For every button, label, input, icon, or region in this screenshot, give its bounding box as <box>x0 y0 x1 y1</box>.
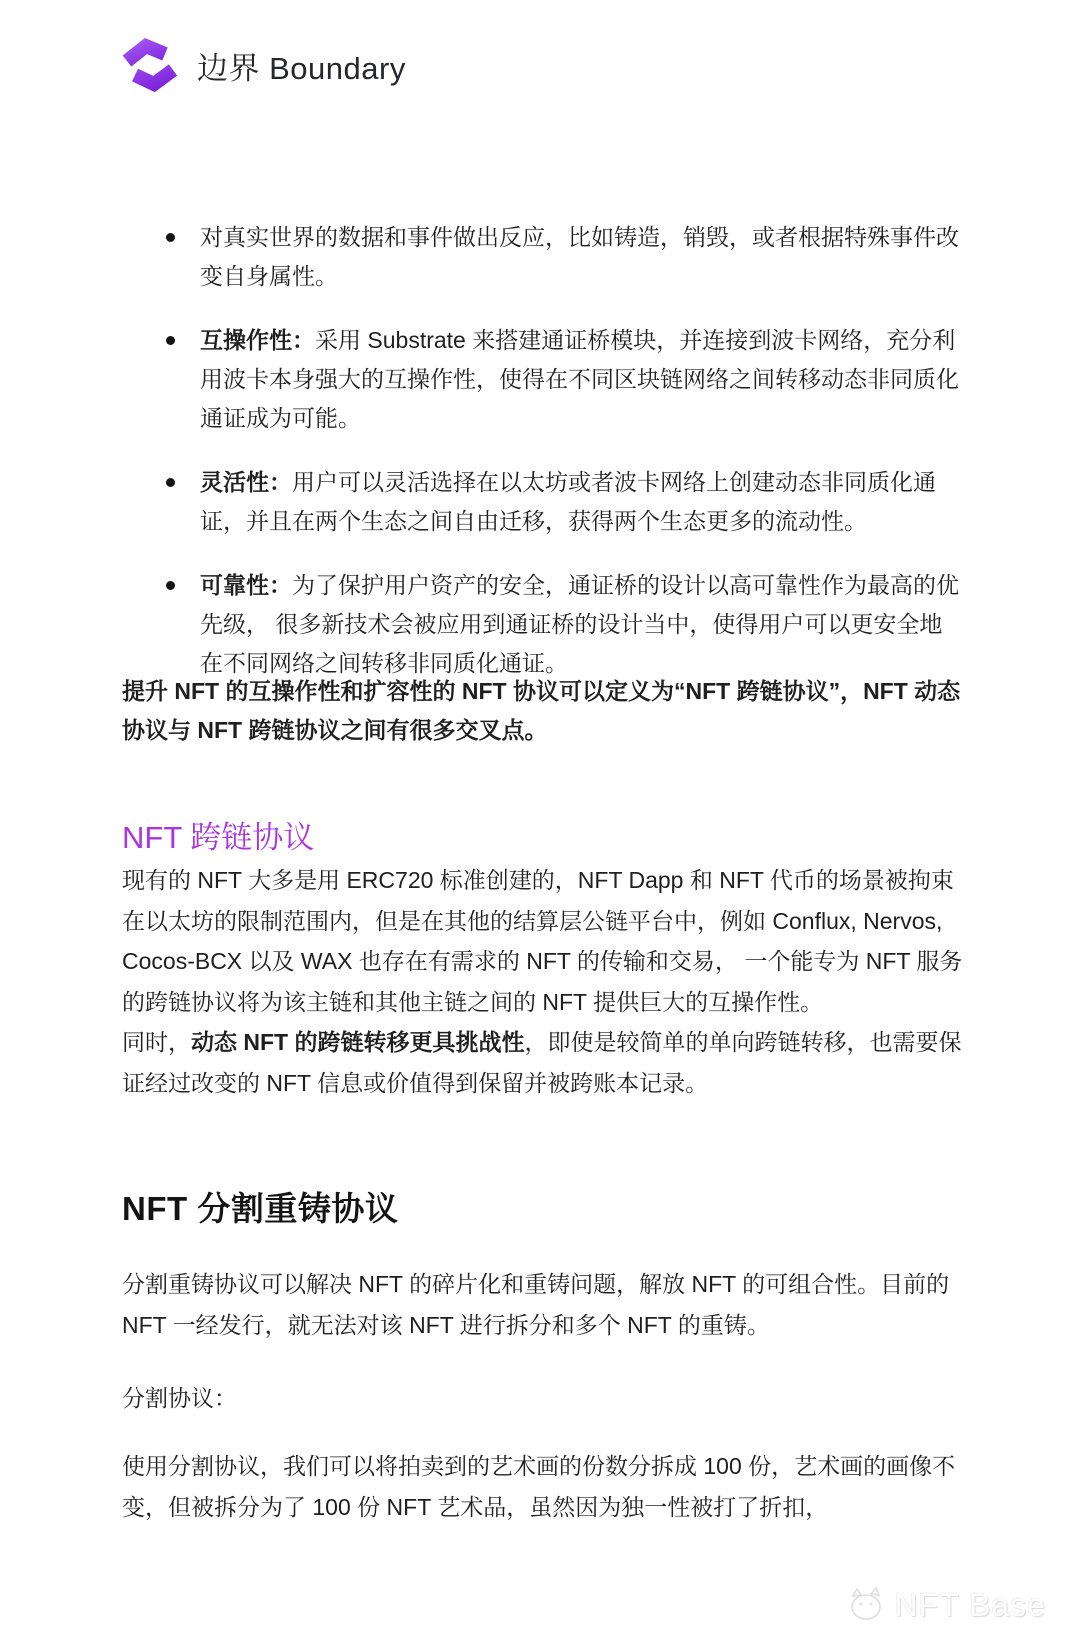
boundary-logo-icon <box>118 34 182 96</box>
bullet-dot-icon <box>166 581 175 590</box>
summary-paragraph: 提升 NFT 的互操作性和扩容性的 NFT 协议可以定义为“NFT 跨链协议”，… <box>122 672 970 750</box>
split-subheading: 分割协议： <box>122 1378 237 1418</box>
bullet-item-react: 对真实世界的数据和事件做出反应，比如铸造，销毁，或者根据特殊事件改变自身属性。 <box>122 218 964 296</box>
bullet-dot-icon <box>166 233 175 242</box>
feature-bullet-list: 对真实世界的数据和事件做出反应，比如铸造，销毁，或者根据特殊事件改变自身属性。 … <box>122 218 964 708</box>
section-title-crosschain: NFT 跨链协议 <box>122 812 314 857</box>
split-paragraph-1: 分割重铸协议可以解决 NFT 的碎片化和重铸问题，解放 NFT 的可组合性。目前… <box>122 1264 972 1346</box>
bullet-item-interoperability: 互操作性：采用 Substrate 来搭建通证桥模块，并连接到波卡网络，充分利用… <box>122 321 964 438</box>
split-paragraph-2: 使用分割协议，我们可以将拍卖到的艺术画的份数分拆成 100 份，艺术画的画像不变… <box>122 1446 972 1528</box>
nft-base-watermark: NFT Base <box>846 1586 1046 1624</box>
bullet-text: 为了保护用户资产的安全，通证桥的设计以高可靠性作为最高的优先级， 很多新技术会被… <box>200 572 959 676</box>
document-page: 边界 Boundary 对真实世界的数据和事件做出反应，比如铸造，销毁，或者根据… <box>0 0 1080 1637</box>
bullet-dot-icon <box>166 478 175 487</box>
crosschain-paragraph-1: 现有的 NFT 大多是用 ERC720 标准创建的，NFT Dapp 和 NFT… <box>122 860 972 1022</box>
bullet-term: 可靠性： <box>200 572 292 598</box>
crosschain-p2-bold: 动态 NFT 的跨链转移更具挑战性 <box>191 1029 525 1055</box>
section-title-split-recast: NFT 分割重铸协议 <box>122 1183 398 1230</box>
bullet-text: 对真实世界的数据和事件做出反应，比如铸造，销毁，或者根据特殊事件改变自身属性。 <box>200 224 959 289</box>
cat-icon <box>846 1586 886 1624</box>
bullet-dot-icon <box>166 336 175 345</box>
crosschain-paragraphs: 现有的 NFT 大多是用 ERC720 标准创建的，NFT Dapp 和 NFT… <box>122 860 972 1103</box>
bullet-term: 互操作性： <box>200 327 315 353</box>
bullet-text: 用户可以灵活选择在以太坊或者波卡网络上创建动态非同质化通证，并且在两个生态之间自… <box>200 469 936 534</box>
bullet-term: 灵活性： <box>200 469 292 495</box>
crosschain-paragraph-2: 同时，动态 NFT 的跨链转移更具挑战性，即使是较简单的单向跨链转移，也需要保证… <box>122 1022 972 1103</box>
crosschain-p2-prefix: 同时， <box>122 1029 191 1055</box>
boundary-logo: 边界 Boundary <box>118 34 406 96</box>
logo-text: 边界 Boundary <box>197 43 406 88</box>
bullet-item-flexibility: 灵活性：用户可以灵活选择在以太坊或者波卡网络上创建动态非同质化通证，并且在两个生… <box>122 463 964 541</box>
logo-text-cn: 边界 <box>197 51 260 86</box>
bullet-item-reliability: 可靠性：为了保护用户资产的安全，通证桥的设计以高可靠性作为最高的优先级， 很多新… <box>122 566 964 683</box>
watermark-label: NFT Base <box>895 1587 1046 1624</box>
logo-text-en: Boundary <box>269 51 406 86</box>
